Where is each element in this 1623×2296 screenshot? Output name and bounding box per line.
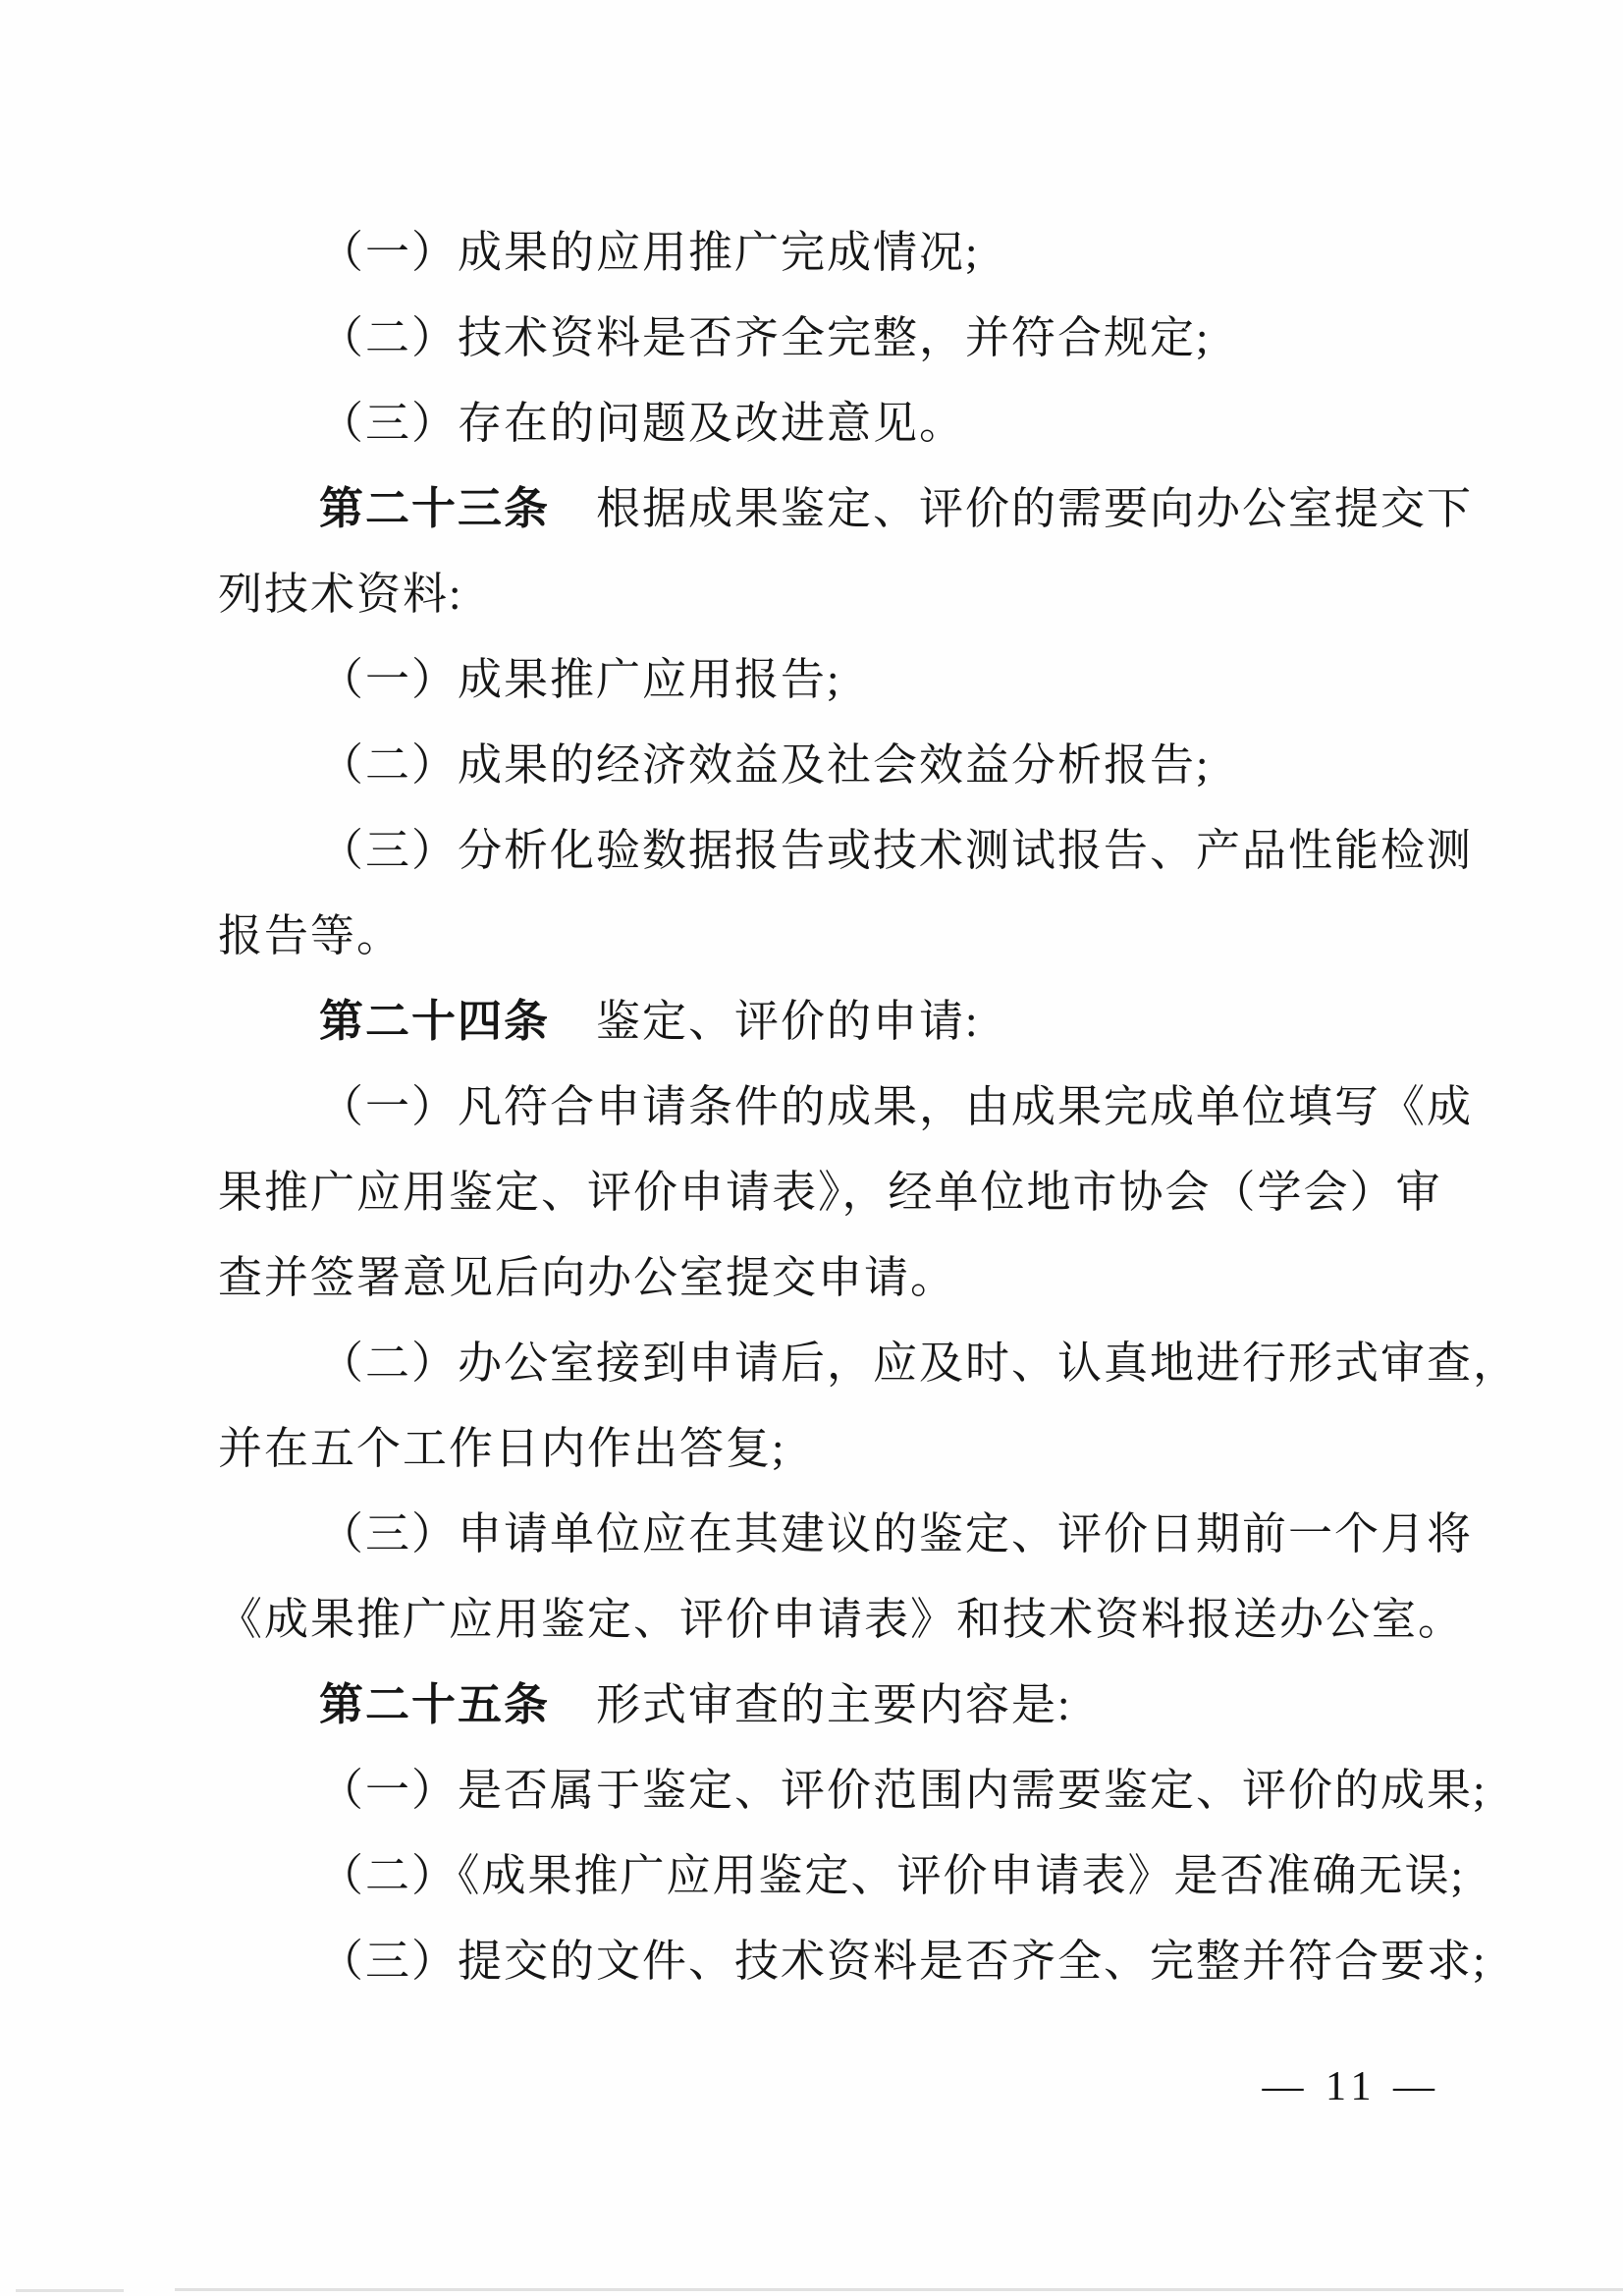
text-line: 《成果推广应用鉴定、评价申请表》和技术资料报送办公室。 <box>218 1577 1465 1663</box>
text-line: 查并签署意见后向办公室提交申请。 <box>218 1235 1465 1321</box>
document-page: （一）成果的应用推广完成情况;（二）技术资料是否齐全完整，并符合规定;（三）存在… <box>0 0 1623 2296</box>
text-line: （三）提交的文件、技术资料是否齐全、完整并符合要求; <box>218 1919 1465 2004</box>
line-text: 查并签署意见后向办公室提交申请。 <box>218 1253 956 1302</box>
text-line: （一）成果的应用推广完成情况; <box>218 210 1465 296</box>
line-text: （一）是否属于鉴定、评价范围内需要鉴定、评价的成果; <box>319 1766 1488 1815</box>
line-text: 果推广应用鉴定、评价申请表》，经单位地市协会（学会）审 <box>218 1168 1442 1217</box>
text-line: （二）成果的经济效益及社会效益分析报告; <box>218 723 1465 808</box>
text-line: （二）技术资料是否齐全完整，并符合规定; <box>218 296 1465 381</box>
line-text: 形式审查的主要内容是: <box>550 1680 1072 1729</box>
text-line: （二）《成果推广应用鉴定、评价申请表》是否准确无误; <box>218 1833 1465 1919</box>
text-line: （三）存在的问题及改进意见。 <box>218 381 1465 466</box>
text-line: 果推广应用鉴定、评价申请表》，经单位地市协会（学会）审 <box>218 1150 1465 1235</box>
line-text: （一）成果推广应用报告; <box>319 655 841 704</box>
text-line: 列技术资料: <box>218 552 1465 637</box>
line-text: （二）技术资料是否齐全完整，并符合规定; <box>319 313 1211 362</box>
line-text: 列技术资料: <box>218 570 463 619</box>
line-text: （一）凡符合申请条件的成果，由成果完成单位填写《成 <box>319 1082 1473 1131</box>
page-footer: — 11 — <box>1263 2057 1440 2116</box>
line-text: 根据成果鉴定、评价的需要向办公室提交下 <box>550 484 1473 533</box>
text-line: 第二十三条 根据成果鉴定、评价的需要向办公室提交下 <box>218 466 1465 552</box>
line-text: （二）办公室接到申请后，应及时、认真地进行形式审查， <box>319 1339 1519 1388</box>
text-line: 并在五个工作日内作出答复; <box>218 1406 1465 1492</box>
line-text: （二）《成果推广应用鉴定、评价申请表》是否准确无误; <box>319 1851 1465 1900</box>
article-number: 第二十五条 <box>319 1680 550 1729</box>
text-line: 第二十五条 形式审查的主要内容是: <box>218 1663 1465 1748</box>
line-text: （三）提交的文件、技术资料是否齐全、完整并符合要求; <box>319 1937 1488 1986</box>
text-line: （一）成果推广应用报告; <box>218 637 1465 723</box>
page-number: — 11 — <box>1263 2064 1440 2109</box>
text-line: 报告等。 <box>218 894 1465 979</box>
line-text: （二）成果的经济效益及社会效益分析报告; <box>319 740 1211 790</box>
document-body: （一）成果的应用推广完成情况;（二）技术资料是否齐全完整，并符合规定;（三）存在… <box>218 210 1465 2004</box>
article-number: 第二十四条 <box>319 997 550 1046</box>
line-text: 并在五个工作日内作出答复; <box>218 1424 786 1473</box>
text-line: （一）是否属于鉴定、评价范围内需要鉴定、评价的成果; <box>218 1748 1465 1833</box>
text-line: （三）申请单位应在其建议的鉴定、评价日期前一个月将 <box>218 1492 1465 1577</box>
line-text: （三）申请单位应在其建议的鉴定、评价日期前一个月将 <box>319 1509 1473 1558</box>
scan-artifact-speck <box>16 2289 124 2292</box>
text-line: （三）分析化验数据报告或技术测试报告、产品性能检测 <box>218 808 1465 894</box>
line-text: 《成果推广应用鉴定、评价申请表》和技术资料报送办公室。 <box>218 1595 1464 1644</box>
text-line: 第二十四条 鉴定、评价的申请: <box>218 979 1465 1065</box>
line-text: 鉴定、评价的申请: <box>550 997 980 1046</box>
text-line: （二）办公室接到申请后，应及时、认真地进行形式审查， <box>218 1321 1465 1406</box>
line-text: 报告等。 <box>218 911 403 960</box>
text-line: （一）凡符合申请条件的成果，由成果完成单位填写《成 <box>218 1065 1465 1150</box>
article-number: 第二十三条 <box>319 484 550 533</box>
line-text: （三）存在的问题及改进意见。 <box>319 399 965 448</box>
scan-artifact-line <box>175 2288 1623 2291</box>
line-text: （一）成果的应用推广完成情况; <box>319 228 980 277</box>
line-text: （三）分析化验数据报告或技术测试报告、产品性能检测 <box>319 826 1473 875</box>
